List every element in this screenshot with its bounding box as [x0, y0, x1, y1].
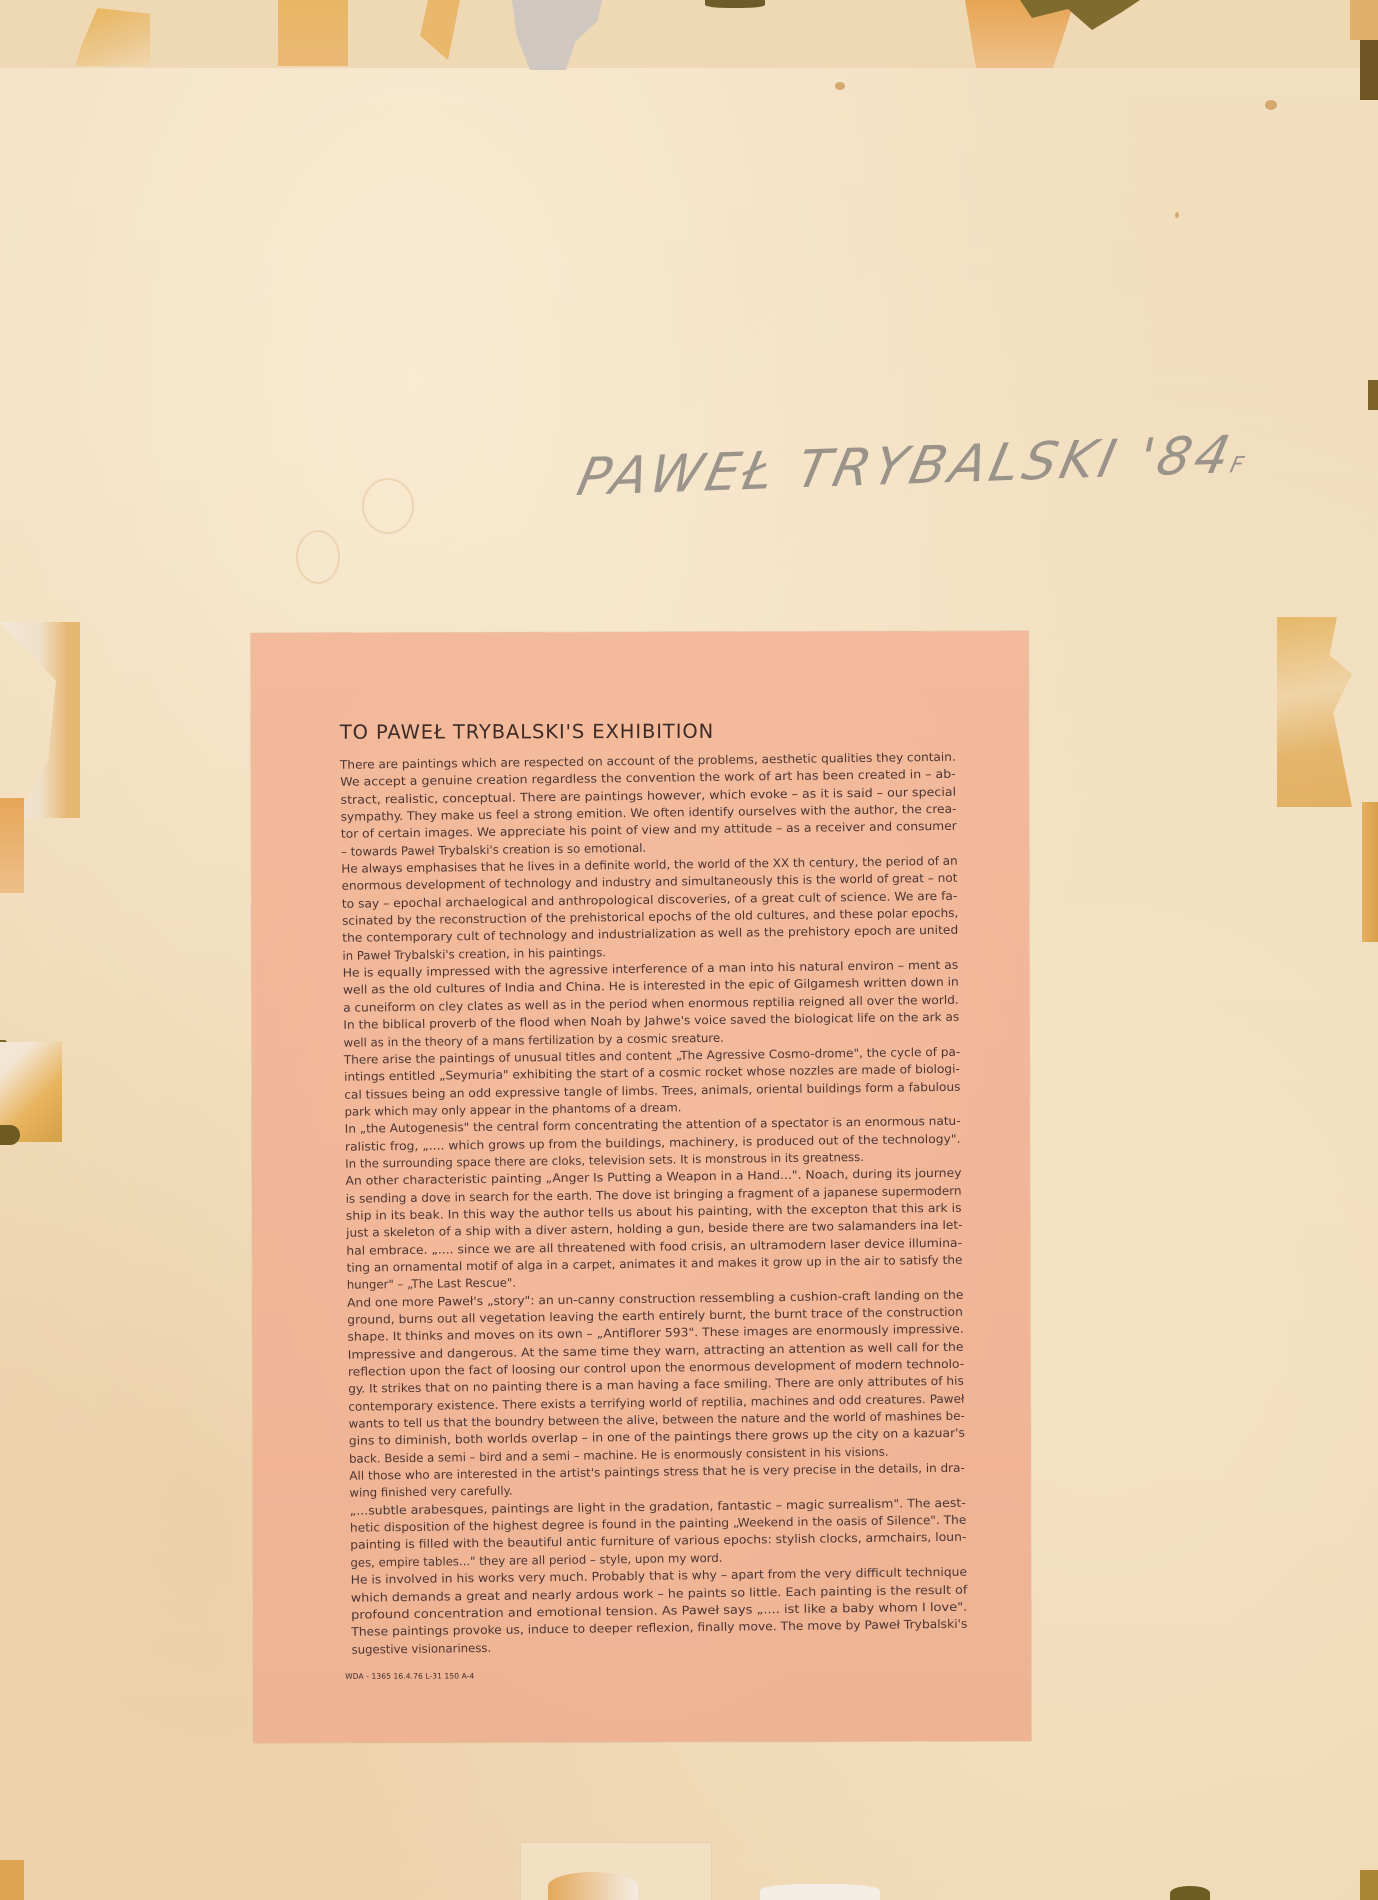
printer-imprint: WDA - 1365 16.4.76 L-31 150 A-4: [345, 1671, 474, 1680]
paint-residue: [705, 0, 765, 8]
leaflet-paragraph: There arise the paintings of unusual tit…: [344, 1044, 961, 1121]
paint-residue: [548, 1872, 638, 1900]
stain-spot: [835, 82, 845, 90]
leaflet-paragraph: And one more Paweł's „story": an un-cann…: [347, 1286, 965, 1467]
stain-spot: [1175, 212, 1179, 218]
leaflet-paragraph: In „the Autogenesis" the central form co…: [345, 1113, 962, 1173]
water-stain: [362, 478, 414, 534]
leaflet-paragraph: He always emphasises that he lives in a …: [341, 853, 958, 965]
paint-residue: [1170, 1886, 1210, 1900]
paint-residue: [0, 1860, 24, 1900]
leaflet-paragraph: He is involved in his works very much. P…: [351, 1564, 968, 1659]
paint-residue: [1360, 40, 1378, 100]
leaflet-paragraph: An other characteristic painting „Anger …: [345, 1165, 963, 1294]
leaflet-body: There are paintings which are respected …: [340, 749, 968, 1659]
paint-residue: [760, 1884, 880, 1900]
leaflet-paragraph: „...subtle arabesques, paintings are lig…: [350, 1494, 967, 1571]
stain-spot: [1265, 100, 1277, 110]
paper-patch: [0, 798, 24, 893]
leaflet-paragraph: He is equally impressed with the agressi…: [343, 957, 960, 1052]
paper-patch: [1362, 802, 1378, 942]
paint-residue: [1360, 1870, 1378, 1900]
exhibition-leaflet: TO PAWEŁ TRYBALSKI'S EXHIBITION There ar…: [251, 631, 1032, 1743]
torn-paper-strip: [0, 0, 1378, 68]
water-stain: [296, 530, 340, 584]
leaflet-paragraph: There are paintings which are respected …: [340, 749, 957, 861]
leaflet-title: TO PAWEŁ TRYBALSKI'S EXHIBITION: [340, 720, 714, 744]
paint-residue: [0, 1125, 20, 1145]
paint-residue: [278, 0, 348, 66]
paint-residue: [1350, 0, 1378, 40]
paint-residue: [1368, 380, 1378, 410]
